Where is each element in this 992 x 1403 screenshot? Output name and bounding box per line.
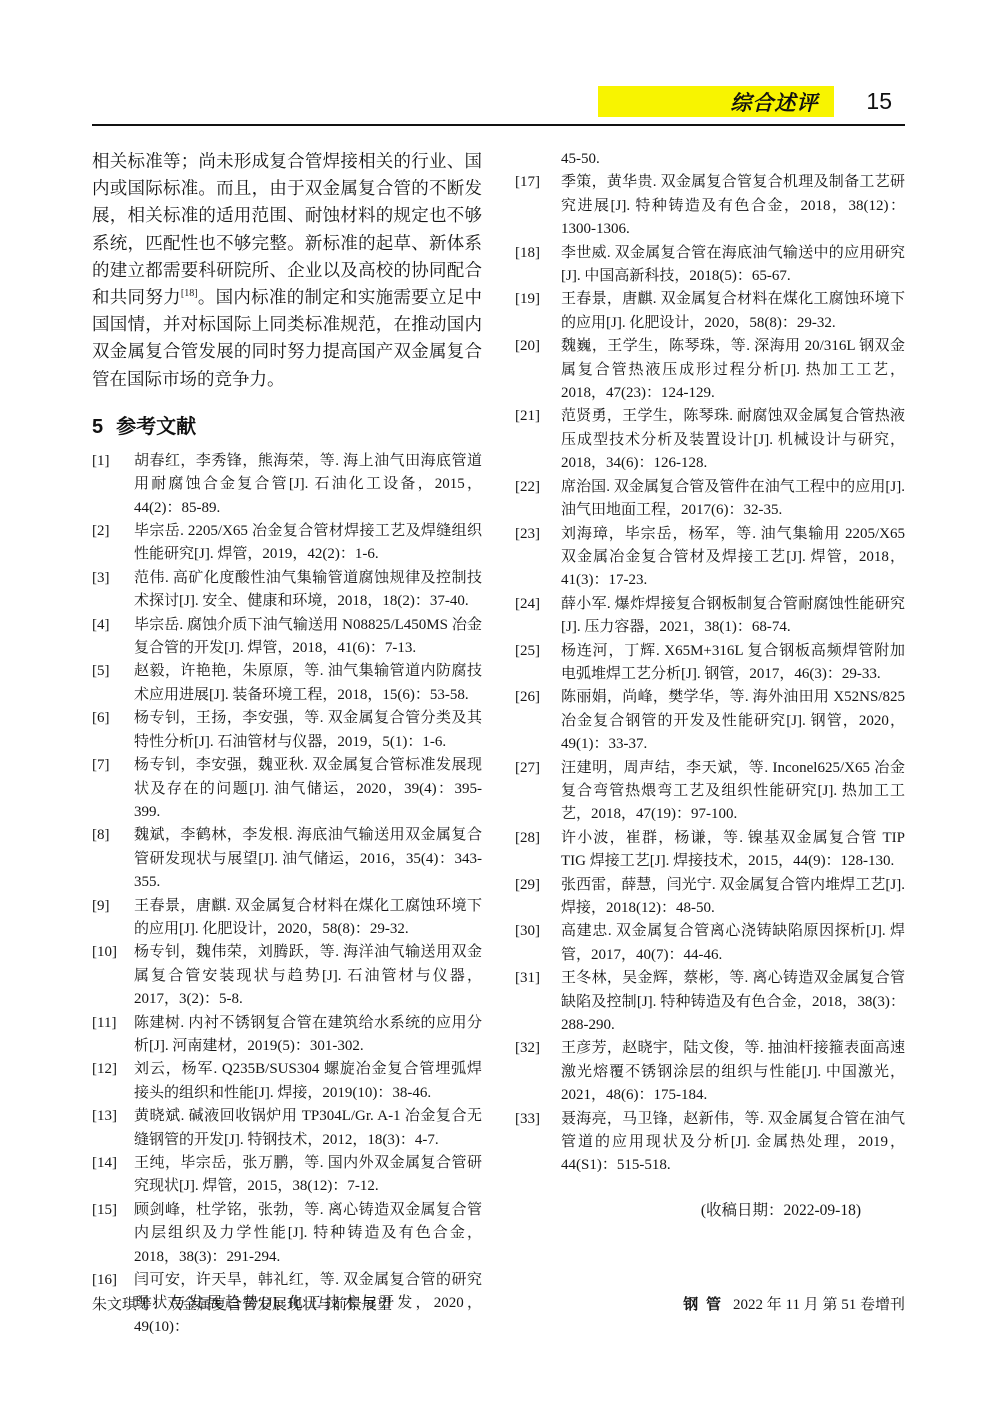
intro-paragraph: 相关标准等；尚未形成复合管焊接相关的行业、国内或国际标准。而且，由于双金属复合管… [92, 148, 482, 393]
reference-item: [26] 陈丽娟，尚峰，樊学华，等. 海外油田用 X52NS/825 冶金复合钢… [515, 686, 905, 756]
reference-number-label: [25] [515, 640, 561, 687]
heading-number: 5 [92, 416, 103, 438]
section-label: 综合述评 [730, 87, 818, 117]
reference-text: 胡春红，李秀锋，熊海荣，等. 海上油气田海底管道用耐腐蚀合金复合管[J]. 石油… [134, 450, 482, 520]
reference-item: [33] 聂海亮，马卫锋，赵新伟，等. 双金属复合管在油气管道的应用现状及分析[… [515, 1108, 905, 1178]
citation-superscript: [18] [181, 288, 198, 299]
reference-number-label: [3] [92, 567, 134, 614]
reference-number-label: [13] [92, 1105, 134, 1152]
reference-item: [30] 高建忠. 双金属复合管离心浇铸缺陷原因探析[J]. 焊管，2017，4… [515, 920, 905, 967]
reference-list-left: [1] 胡春红，李秀锋，熊海荣，等. 海上油气田海底管道用耐腐蚀合金复合管[J]… [92, 450, 482, 1339]
left-column: 相关标准等；尚未形成复合管焊接相关的行业、国内或国际标准。而且，由于双金属复合管… [92, 148, 482, 1339]
reference-item: [12] 刘云，杨军. Q235B/SUS304 螺旋冶金复合管埋弧焊接头的组织… [92, 1058, 482, 1105]
reference-list-right: [17] 季策，黄华贵. 双金属复合管复合机理及制备工艺研究进展[J]. 特种铸… [515, 171, 905, 1177]
reference-number-label: [8] [92, 824, 134, 894]
reference-item: [20] 魏巍，王学生，陈琴珠，等. 深海用 20/316L 钢双金属复合管热液… [515, 335, 905, 405]
reference-text: 刘海璋，毕宗岳，杨军，等. 油气集输用 2205/X65 双金属冶金复合管材及焊… [561, 523, 905, 593]
reference-item: [4] 毕宗岳. 腐蚀介质下油气输送用 N08825/L450MS 冶金复合管的… [92, 614, 482, 661]
reference-item: [25] 杨连河，丁辉. X65M+316L 复合钢板高频焊管附加电弧堆焊工艺分… [515, 640, 905, 687]
reference-item: [19] 王春景，唐麒. 双金属复合材料在煤化工腐蚀环境下的应用[J]. 化肥设… [515, 288, 905, 335]
reference-item: [7] 杨专钊，李安强，魏亚秋. 双金属复合管标准发展现状及存在的问题[J]. … [92, 754, 482, 824]
reference-number-label: [11] [92, 1012, 134, 1059]
reference-text: 刘云，杨军. Q235B/SUS304 螺旋冶金复合管埋弧焊接头的组织和性能[J… [134, 1058, 482, 1105]
reference-number-label: [14] [92, 1152, 134, 1199]
reference-text: 聂海亮，马卫锋，赵新伟，等. 双金属复合管在油气管道的应用现状及分析[J]. 金… [561, 1108, 905, 1178]
journal-name: 钢 管 [683, 1297, 723, 1313]
reference-number-label: [27] [515, 757, 561, 827]
reference-text: 陈建树. 内衬不锈钢复合管在建筑给水系统的应用分析[J]. 河南建材，2019(… [134, 1012, 482, 1059]
reference-item: [9] 王春景，唐麒. 双金属复合材料在煤化工腐蚀环境下的应用[J]. 化肥设计… [92, 895, 482, 942]
reference-item: [3] 范伟. 高矿化度酸性油气集输管道腐蚀规律及控制技术探讨[J]. 安全、健… [92, 567, 482, 614]
page-number: 15 [866, 88, 892, 115]
reference-number-label: [10] [92, 941, 134, 1011]
reference-text: 魏巍，王学生，陈琴珠，等. 深海用 20/316L 钢双金属复合管热液压成形过程… [561, 335, 905, 405]
reference-item: [29] 张西雷，薛慧，闫光宁. 双金属复合管内堆焊工艺[J]. 焊接，2018… [515, 874, 905, 921]
section-highlight-band: 综合述评 [598, 86, 834, 117]
reference-number-label: [2] [92, 520, 134, 567]
reference-number-label: [9] [92, 895, 134, 942]
reference-item: [10] 杨专钊，魏伟荣，刘腾跃，等. 海洋油气输送用双金属复合管安装现状与趋势… [92, 941, 482, 1011]
reference-carryover-pages: 45-50. [515, 148, 905, 171]
reference-text: 薛小军. 爆炸焊接复合钢板制复合管耐腐蚀性能研究[J]. 压力容器，2021，3… [561, 593, 905, 640]
footer-running-title: 朱文琪等：双金属复合管发展现状与前景展望 [92, 1293, 392, 1314]
reference-text: 王春景，唐麒. 双金属复合材料在煤化工腐蚀环境下的应用[J]. 化肥设计，202… [134, 895, 482, 942]
reference-item: [32] 王彦芳，赵晓宇，陆文俊，等. 抽油杆接箍表面高速激光熔覆不锈钢涂层的组… [515, 1037, 905, 1107]
page-header: 综合述评 15 [92, 86, 905, 126]
reference-item: [15] 顾剑峰，杜学铭，张勃，等. 离心铸造双金属复合管内层组织及力学性能[J… [92, 1199, 482, 1269]
reference-number-label: [31] [515, 967, 561, 1037]
reference-item: [2] 毕宗岳. 2205/X65 冶金复合管材焊接工艺及焊缝组织性能研究[J]… [92, 520, 482, 567]
reference-text: 陈丽娟，尚峰，樊学华，等. 海外油田用 X52NS/825 冶金复合钢管的开发及… [561, 686, 905, 756]
reference-text: 席治国. 双金属复合管及管件在油气工程中的应用[J]. 油气田地面工程，2017… [561, 476, 905, 523]
heading-title: 参考文献 [116, 416, 196, 438]
reference-text: 杨专钊，王扬，李安强，等. 双金属复合管分类及其特性分析[J]. 石油管材与仪器… [134, 707, 482, 754]
reference-number-label: [22] [515, 476, 561, 523]
reference-text: 许小波，崔群，杨谦，等. 镍基双金属复合管 TIP TIG 焊接工艺[J]. 焊… [561, 827, 905, 874]
reference-number-label: [17] [515, 171, 561, 241]
issue-info: 2022 年 11 月 第 51 卷增刊 [733, 1297, 905, 1313]
reference-item: [23] 刘海璋，毕宗岳，杨军，等. 油气集输用 2205/X65 双金属冶金复… [515, 523, 905, 593]
reference-number-label: [20] [515, 335, 561, 405]
reference-number-label: [28] [515, 827, 561, 874]
reference-item: [13] 黄晓斌. 碱液回收锅炉用 TP304L/Gr. A-1 冶金复合无缝钢… [92, 1105, 482, 1152]
page-footer: 朱文琪等：双金属复合管发展现状与前景展望 钢 管2022 年 11 月 第 51… [92, 1293, 905, 1314]
reference-number-label: [5] [92, 660, 134, 707]
journal-page: 综合述评 15 相关标准等；尚未形成复合管焊接相关的行业、国内或国际标准。而且，… [0, 0, 992, 1403]
reference-text: 杨连河，丁辉. X65M+316L 复合钢板高频焊管附加电弧堆焊工艺分析[J].… [561, 640, 905, 687]
reference-text: 杨专钊，李安强，魏亚秋. 双金属复合管标准发展现状及存在的问题[J]. 油气储运… [134, 754, 482, 824]
reference-number-label: [26] [515, 686, 561, 756]
reference-text: 黄晓斌. 碱液回收锅炉用 TP304L/Gr. A-1 冶金复合无缝钢管的开发[… [134, 1105, 482, 1152]
reference-item: [8] 魏斌，李鹤林，李发根. 海底油气输送用双金属复合管研发现状与展望[J].… [92, 824, 482, 894]
reference-item: [18] 李世威. 双金属复合管在海底油气输送中的应用研究[J]. 中国高新科技… [515, 242, 905, 289]
reference-item: [22] 席治国. 双金属复合管及管件在油气工程中的应用[J]. 油气田地面工程… [515, 476, 905, 523]
two-column-body: 相关标准等；尚未形成复合管焊接相关的行业、国内或国际标准。而且，由于双金属复合管… [92, 148, 905, 1339]
reference-text: 毕宗岳. 2205/X65 冶金复合管材焊接工艺及焊缝组织性能研究[J]. 焊管… [134, 520, 482, 567]
reference-item: [14] 王纯，毕宗岳，张万鹏，等. 国内外双金属复合管研究现状[J]. 焊管，… [92, 1152, 482, 1199]
reference-text: 张西雷，薛慧，闫光宁. 双金属复合管内堆焊工艺[J]. 焊接，2018(12)：… [561, 874, 905, 921]
reference-item: [21] 范贤勇，王学生，陈琴珠. 耐腐蚀双金属复合管热液压成型技术分析及装置设… [515, 405, 905, 475]
reference-number-label: [7] [92, 754, 134, 824]
reference-text: 汪建明，周声结，李天斌，等. Inconel625/X65 冶金复合弯管热煨弯工… [561, 757, 905, 827]
reference-number-label: [29] [515, 874, 561, 921]
reference-text: 杨专钊，魏伟荣，刘腾跃，等. 海洋油气输送用双金属复合管安装现状与趋势[J]. … [134, 941, 482, 1011]
reference-text: 顾剑峰，杜学铭，张勃，等. 离心铸造双金属复合管内层组织及力学性能[J]. 特种… [134, 1199, 482, 1269]
reference-text: 毕宗岳. 腐蚀介质下油气输送用 N08825/L450MS 冶金复合管的开发[J… [134, 614, 482, 661]
reference-item: [28] 许小波，崔群，杨谦，等. 镍基双金属复合管 TIP TIG 焊接工艺[… [515, 827, 905, 874]
reference-number-label: [33] [515, 1108, 561, 1178]
reference-text: 王春景，唐麒. 双金属复合材料在煤化工腐蚀环境下的应用[J]. 化肥设计，202… [561, 288, 905, 335]
references-heading: 5参考文献 [92, 410, 482, 439]
reference-text: 魏斌，李鹤林，李发根. 海底油气输送用双金属复合管研发现状与展望[J]. 油气储… [134, 824, 482, 894]
reference-item: [6] 杨专钊，王扬，李安强，等. 双金属复合管分类及其特性分析[J]. 石油管… [92, 707, 482, 754]
footer-journal-info: 钢 管2022 年 11 月 第 51 卷增刊 [683, 1293, 905, 1314]
reference-text: 季策，黄华贵. 双金属复合管复合机理及制备工艺研究进展[J]. 特种铸造及有色合… [561, 171, 905, 241]
reference-text: 范贤勇，王学生，陈琴珠. 耐腐蚀双金属复合管热液压成型技术分析及装置设计[J].… [561, 405, 905, 475]
reference-text: 李世威. 双金属复合管在海底油气输送中的应用研究[J]. 中国高新科技，2018… [561, 242, 905, 289]
reference-number-label: [1] [92, 450, 134, 520]
reference-item: [24] 薛小军. 爆炸焊接复合钢板制复合管耐腐蚀性能研究[J]. 压力容器，2… [515, 593, 905, 640]
reference-text: 高建忠. 双金属复合管离心浇铸缺陷原因探析[J]. 焊管，2017，40(7)：… [561, 920, 905, 967]
received-date: (收稿日期：2022-09-18) [515, 1199, 905, 1222]
reference-item: [31] 王冬林，吴金辉，蔡彬，等. 离心铸造双金属复合管缺陷及控制[J]. 特… [515, 967, 905, 1037]
reference-text: 赵毅，许艳艳，朱原原，等. 油气集输管道内防腐技术应用进展[J]. 装备环境工程… [134, 660, 482, 707]
reference-number-label: [4] [92, 614, 134, 661]
reference-text: 王彦芳，赵晓宇，陆文俊，等. 抽油杆接箍表面高速激光熔覆不锈钢涂层的组织与性能[… [561, 1037, 905, 1107]
page-content: 综合述评 15 相关标准等；尚未形成复合管焊接相关的行业、国内或国际标准。而且，… [92, 86, 905, 1339]
reference-number-label: [21] [515, 405, 561, 475]
reference-item: [1] 胡春红，李秀锋，熊海荣，等. 海上油气田海底管道用耐腐蚀合金复合管[J]… [92, 450, 482, 520]
reference-number-label: [32] [515, 1037, 561, 1107]
reference-item: [5] 赵毅，许艳艳，朱原原，等. 油气集输管道内防腐技术应用进展[J]. 装备… [92, 660, 482, 707]
reference-number-label: [6] [92, 707, 134, 754]
right-column: 45-50. [17] 季策，黄华贵. 双金属复合管复合机理及制备工艺研究进展[… [515, 148, 905, 1339]
reference-number-label: [18] [515, 242, 561, 289]
reference-item: [27] 汪建明，周声结，李天斌，等. Inconel625/X65 冶金复合弯… [515, 757, 905, 827]
reference-item: [17] 季策，黄华贵. 双金属复合管复合机理及制备工艺研究进展[J]. 特种铸… [515, 171, 905, 241]
reference-text: 王冬林，吴金辉，蔡彬，等. 离心铸造双金属复合管缺陷及控制[J]. 特种铸造及有… [561, 967, 905, 1037]
reference-number-label: [23] [515, 523, 561, 593]
reference-number-label: [12] [92, 1058, 134, 1105]
reference-number-label: [30] [515, 920, 561, 967]
reference-number-label: [19] [515, 288, 561, 335]
reference-text: 王纯，毕宗岳，张万鹏，等. 国内外双金属复合管研究现状[J]. 焊管，2015，… [134, 1152, 482, 1199]
intro-text-before: 相关标准等；尚未形成复合管焊接相关的行业、国内或国际标准。而且，由于双金属复合管… [92, 151, 482, 307]
reference-item: [11] 陈建树. 内衬不锈钢复合管在建筑给水系统的应用分析[J]. 河南建材，… [92, 1012, 482, 1059]
reference-number-label: [24] [515, 593, 561, 640]
reference-number-label: [15] [92, 1199, 134, 1269]
reference-text: 范伟. 高矿化度酸性油气集输管道腐蚀规律及控制技术探讨[J]. 安全、健康和环境… [134, 567, 482, 614]
